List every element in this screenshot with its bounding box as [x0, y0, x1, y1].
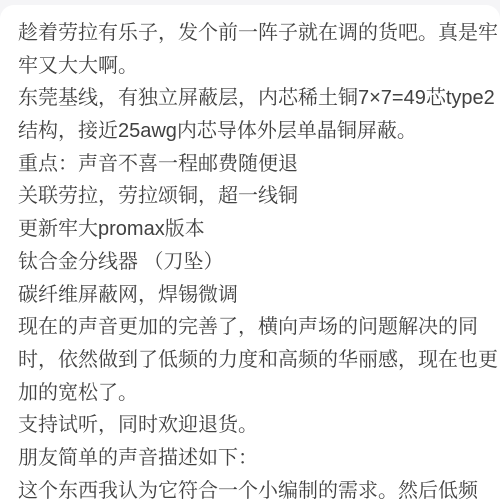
description-line: 这个东西我认为它符合一个小编制的需求。然后低频 [18, 475, 488, 500]
description-line: 钛合金分线器 （刀坠） [18, 246, 488, 279]
description-line: 碳纤维屏蔽网，焊锡微调 [18, 279, 488, 312]
description-line: 牢又大大啊。 [18, 50, 488, 83]
description-line: 现在的声音更加的完善了，横向声场的问题解决的同 [18, 311, 488, 344]
description-text-block: 趁着劳拉有乐子，发个前一阵子就在调的货吧。真是牢牢又大大啊。东莞基线，有独立屏蔽… [18, 17, 488, 500]
description-line: 时，依然做到了低频的力度和高频的华丽感，现在也更 [18, 344, 488, 377]
description-line: 关联劳拉，劳拉颂铜，超一线铜 [18, 180, 488, 213]
description-line: 趁着劳拉有乐子，发个前一阵子就在调的货吧。真是牢 [18, 17, 488, 50]
description-line: 东莞基线，有独立屏蔽层，内芯稀土铜7×7=49芯type2 [18, 82, 488, 115]
description-line: 加的宽松了。 [18, 377, 488, 410]
description-line: 结构，接近25awg内芯导体外层单晶铜屏蔽。 [18, 115, 488, 148]
description-line: 朋友简单的声音描述如下： [18, 442, 488, 475]
description-line: 重点：声音不喜一程邮费随便退 [18, 148, 488, 181]
description-line: 更新牢大promax版本 [18, 213, 488, 246]
description-line: 支持试听，同时欢迎退货。 [18, 409, 488, 442]
description-card: 趁着劳拉有乐子，发个前一阵子就在调的货吧。真是牢牢又大大啊。东莞基线，有独立屏蔽… [0, 5, 500, 500]
